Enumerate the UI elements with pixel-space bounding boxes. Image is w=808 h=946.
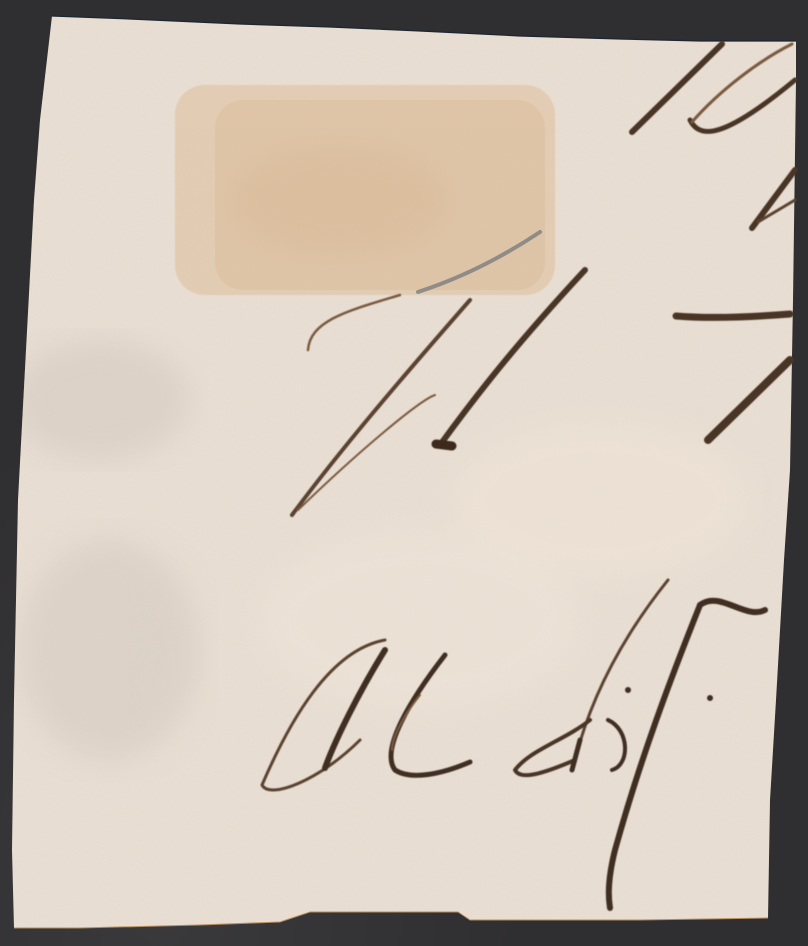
stamp-stain (175, 85, 555, 295)
paper-fragment-photo (0, 0, 808, 946)
